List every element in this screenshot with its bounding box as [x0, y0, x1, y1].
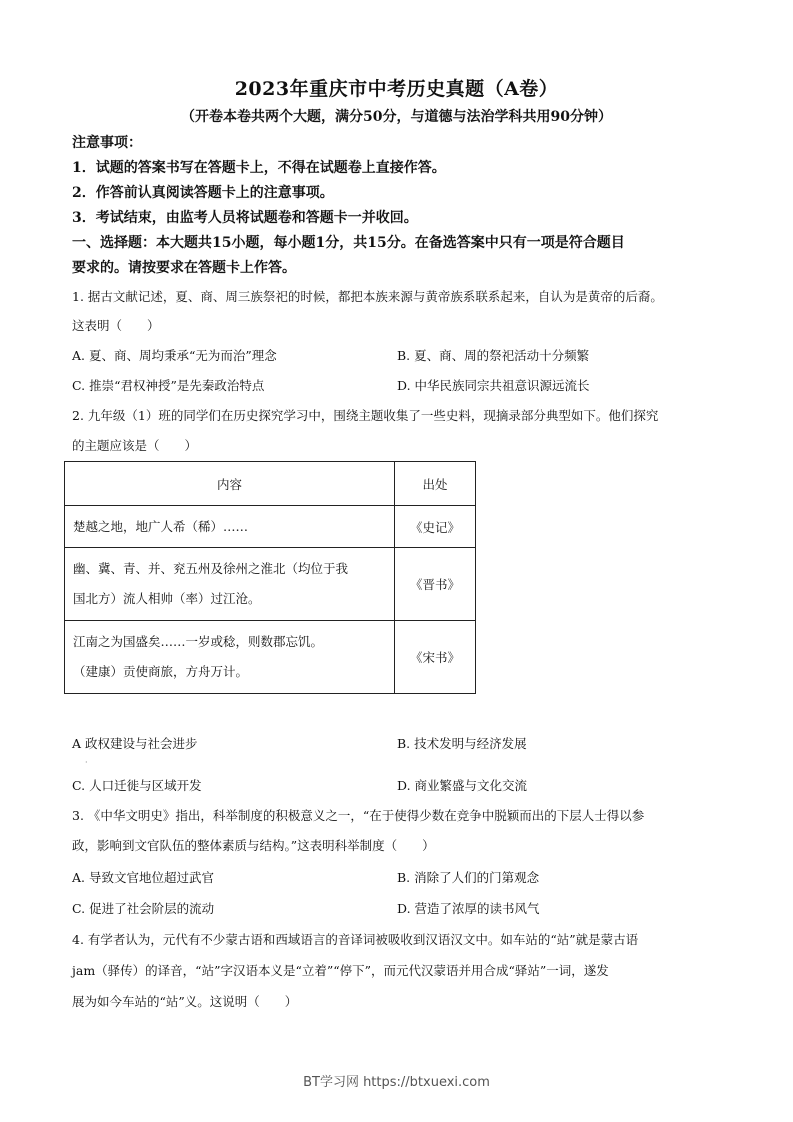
table-header-source: 出处 [395, 462, 476, 506]
table-header-content: 内容 [65, 462, 395, 506]
table-cell-source: 《宋书》 [395, 621, 476, 694]
question-4-stem-line2: jam（驿传）的译音，“站”字汉语本义是“立着”“停下”，而元代汉蒙语并用合成“… [72, 961, 609, 979]
section-heading-line2: 要求的。请按要求在答题卡上作答。 [72, 257, 296, 277]
question-1-option-d: D. 中华民族同宗共祖意识源远流长 [397, 376, 590, 394]
question-2-option-a: A 政权建设与社会进步 [72, 734, 198, 752]
stray-dot: · [85, 758, 88, 767]
table-cell-content: 江南之为国盛矣……一岁或稔，则数郡忘饥。 （建康）贡使商旅，方舟万计。 [65, 621, 395, 694]
question-2-option-d: D. 商业繁盛与文化交流 [397, 776, 527, 794]
question-4-stem-line1: 4. 有学者认为，元代有不少蒙古语和西域语言的音译词被吸收到汉语汉文中。如车站的… [72, 930, 638, 948]
question-2-stem-line1: 2. 九年级（1）班的同学们在历史探究学习中，围绕主题收集了一些史料，现摘录部分… [72, 406, 658, 424]
table-header-row: 内容 出处 [65, 462, 476, 506]
question-3-stem-line1: 3. 《中华文明史》指出，科举制度的积极意义之一，“在于使得少数在竞争中脱颖而出… [72, 806, 644, 824]
page-title: 2023年重庆市中考历史真题（A卷） [0, 74, 793, 101]
section-heading-line1: 一、选择题：本大题共15小题，每小题1分，共15分。在备选答案中只有一项是符合题… [72, 232, 625, 252]
table-cell-text: 楚越之地，地广人希（稀）…… [73, 512, 386, 542]
question-3-option-d: D. 营造了浓厚的读书风气 [397, 899, 540, 917]
table-cell-source: 《史记》 [395, 506, 476, 548]
question-1-option-c: C. 推崇“君权神授”是先秦政治特点 [72, 376, 264, 394]
table-cell-text: 国北方）流人相帅（率）过江沧。 [73, 584, 386, 614]
question-1-stem-line1: 1. 据古文献记述，夏、商、周三族祭祀的时候，都把本族来源与黄帝族系联系起来，自… [72, 287, 663, 305]
notice-item-3: 3．考试结束，由监考人员将试题卷和答题卡一并收回。 [72, 207, 418, 227]
question-2-option-c: C. 人口迁徙与区域开发 [72, 776, 202, 794]
notice-item-1: 1．试题的答案书写在答题卡上，不得在试题卷上直接作答。 [72, 157, 446, 177]
table-cell-source: 《晋书》 [395, 548, 476, 621]
question-2-stem-line2: 的主题应该是（ ） [72, 436, 197, 454]
question-3-stem-line2: 政，影响到文官队伍的整体素质与结构。”这表明科举制度（ ） [72, 836, 435, 854]
table-row: 江南之为国盛矣……一岁或稔，则数郡忘饥。 （建康）贡使商旅，方舟万计。 《宋书》 [65, 621, 476, 694]
source-table: 内容 出处 楚越之地，地广人希（稀）…… 《史记》 幽、冀、青、并、兖五州及徐州… [64, 461, 476, 694]
table-row: 楚越之地，地广人希（稀）…… 《史记》 [65, 506, 476, 548]
table-cell-content: 幽、冀、青、并、兖五州及徐州之淮北（均位于我 国北方）流人相帅（率）过江沧。 [65, 548, 395, 621]
question-2-option-b: B. 技术发明与经济发展 [397, 734, 527, 752]
exam-page: 2023年重庆市中考历史真题（A卷） （开卷本卷共两个大题，满分50分，与道德与… [0, 0, 793, 1122]
footer-watermark: BT学习网 https://btxuexi.com [0, 1071, 793, 1090]
table-cell-content: 楚越之地，地广人希（稀）…… [65, 506, 395, 548]
page-subtitle: （开卷本卷共两个大题，满分50分，与道德与法治学科共用90分钟） [0, 106, 793, 126]
question-3-option-a: A. 导致文官地位超过武官 [72, 868, 214, 886]
question-1-option-a: A. 夏、商、周均秉承“无为而治”理念 [72, 346, 277, 364]
table-cell-text: 幽、冀、青、并、兖五州及徐州之淮北（均位于我 [73, 554, 386, 584]
question-1-stem-line2: 这表明（ ） [72, 316, 160, 334]
question-3-option-c: C. 促进了社会阶层的流动 [72, 899, 214, 917]
table-row: 幽、冀、青、并、兖五州及徐州之淮北（均位于我 国北方）流人相帅（率）过江沧。 《… [65, 548, 476, 621]
table-cell-text: 江南之为国盛矣……一岁或稔，则数郡忘饥。 [73, 627, 386, 657]
notice-item-2: 2．作答前认真阅读答题卡上的注意事项。 [72, 182, 334, 202]
question-3-option-b: B. 消除了人们的门第观念 [397, 868, 539, 886]
notice-heading: 注意事项： [72, 132, 142, 152]
table-cell-text: （建康）贡使商旅，方舟万计。 [73, 657, 386, 687]
question-4-stem-line3: 展为如今车站的“站”义。这说明（ ） [72, 992, 297, 1010]
question-1-option-b: B. 夏、商、周的祭祀活动十分频繁 [397, 346, 589, 364]
